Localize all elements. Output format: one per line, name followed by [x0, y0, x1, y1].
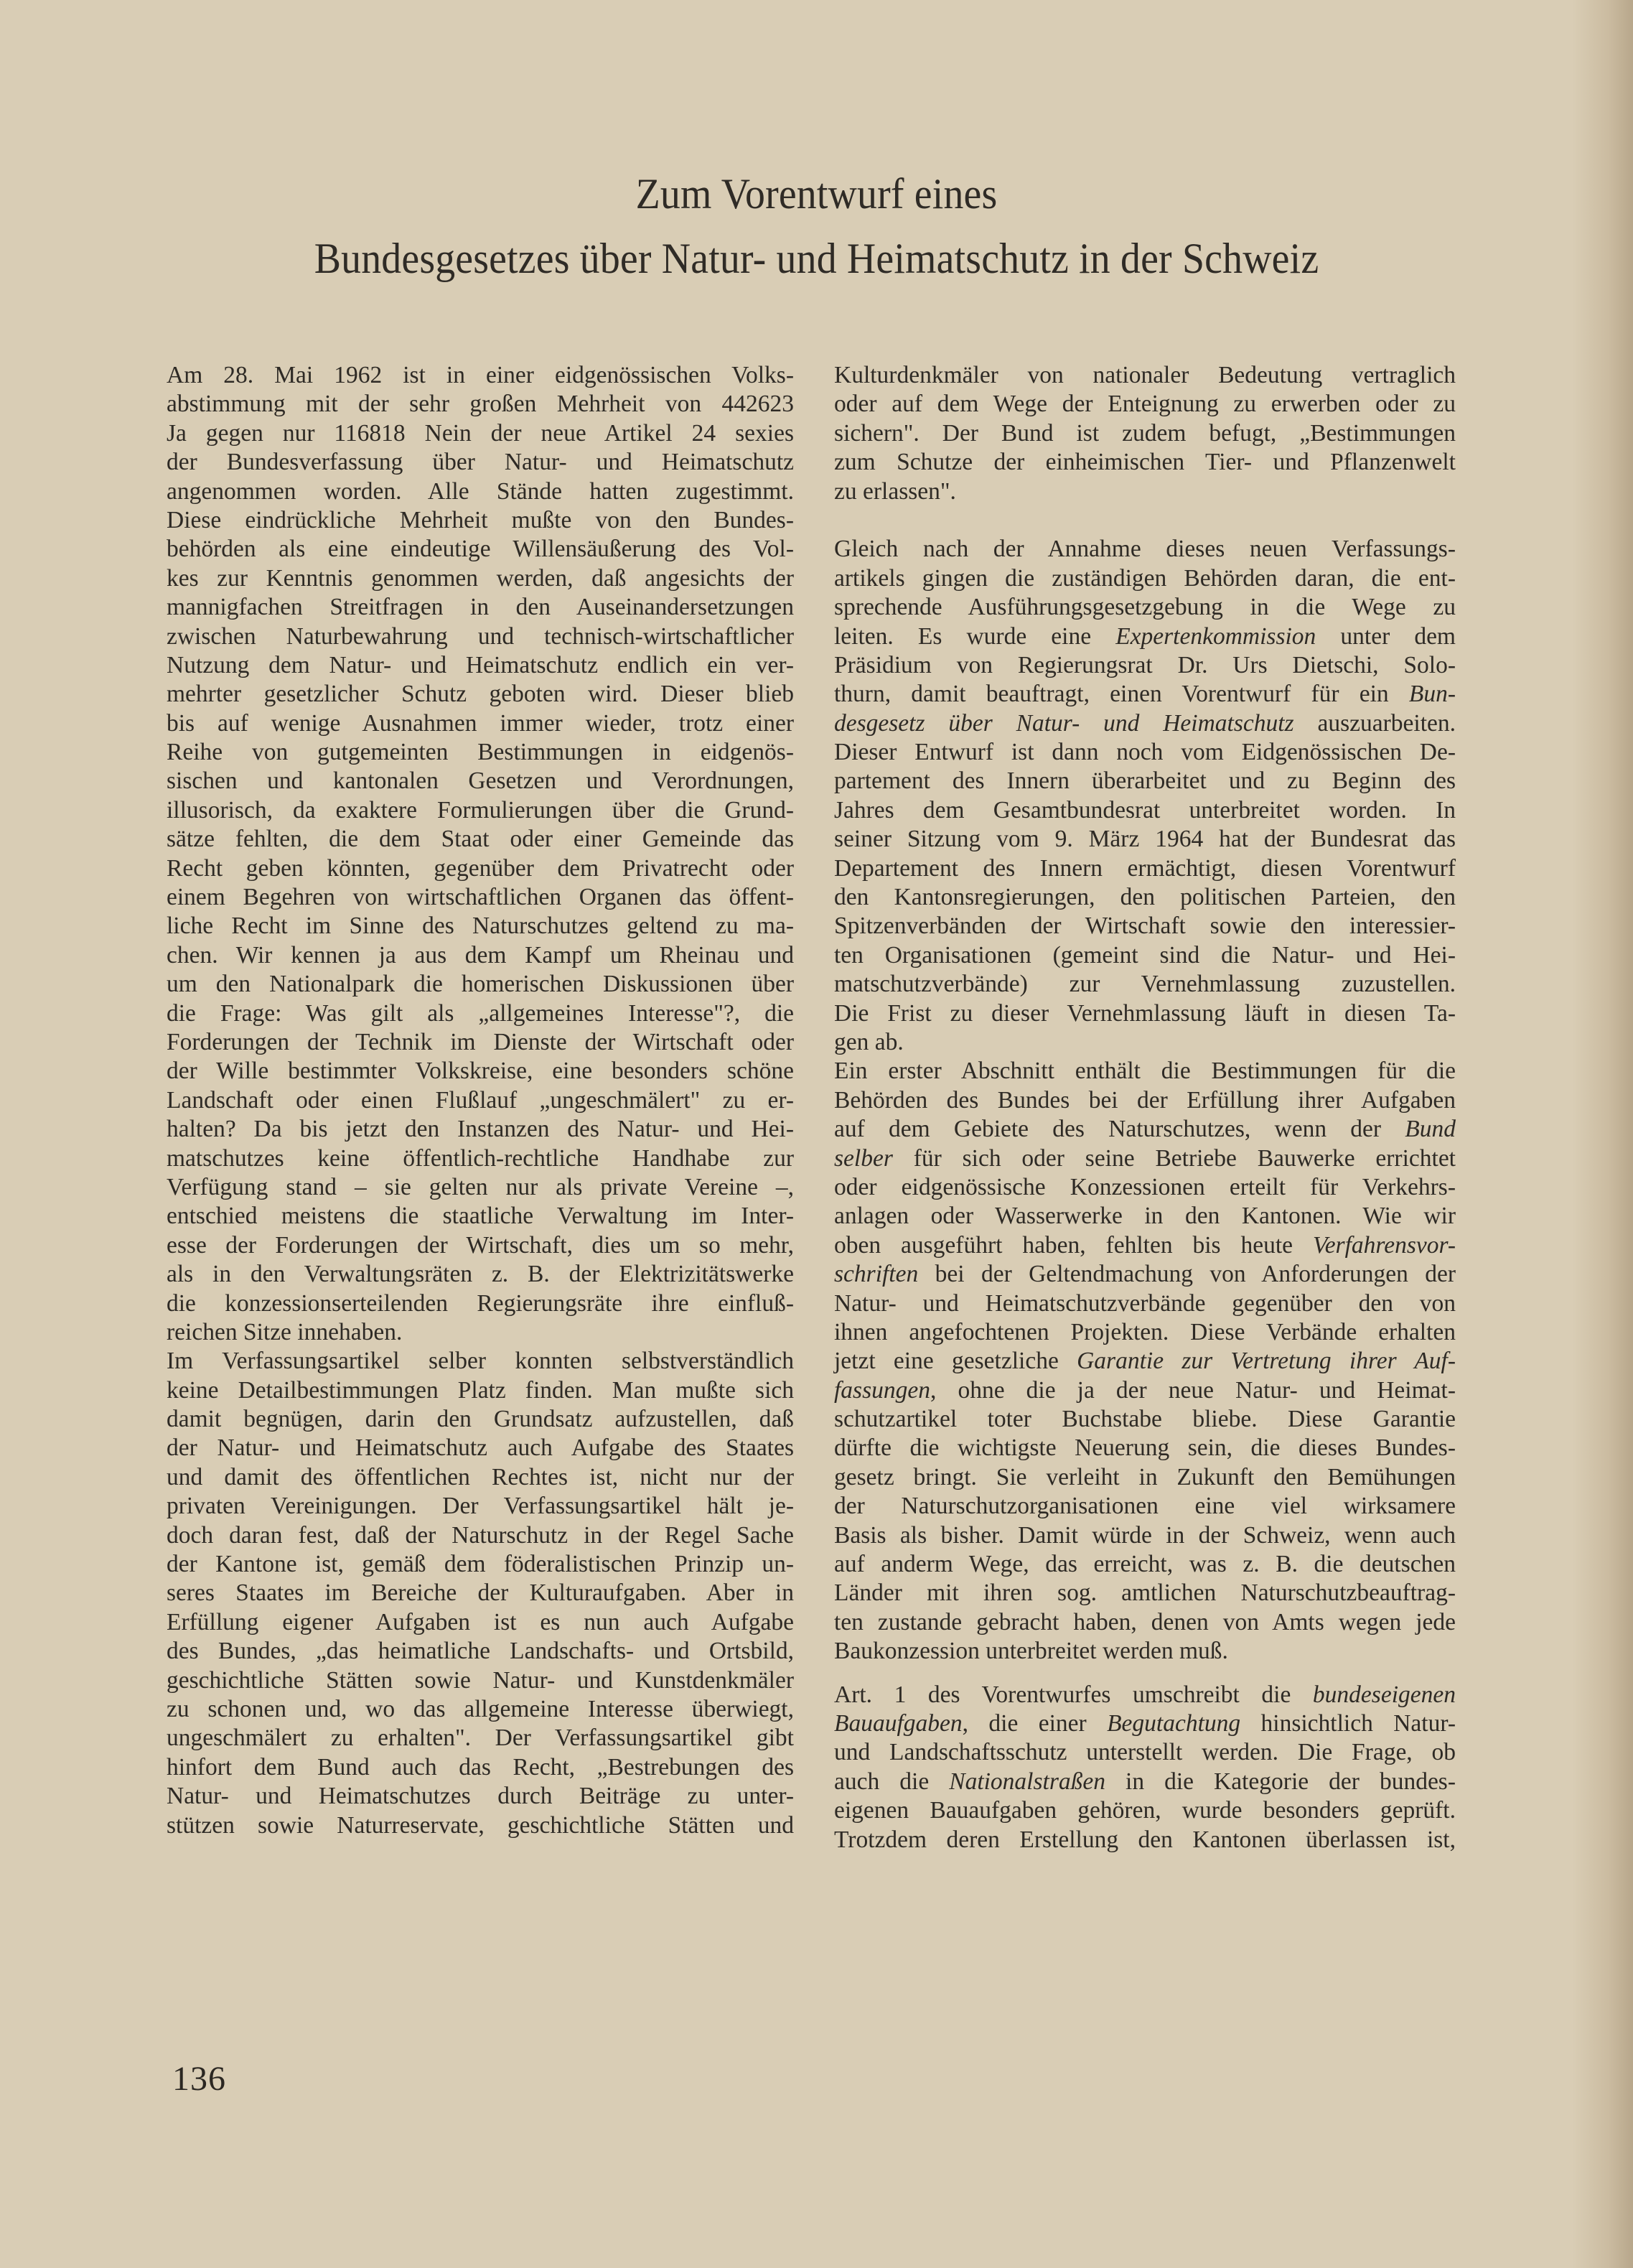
- text-line: selber für sich oder seine Betriebe Bauw…: [834, 1144, 1456, 1173]
- text-line: schutzartikel toter Buchstabe bliebe. Di…: [834, 1405, 1456, 1434]
- text-line: zwischen Naturbewahrung und technisch-wi…: [167, 622, 794, 651]
- text-line: keine Detailbestimmungen Platz finden. M…: [167, 1376, 794, 1405]
- text-line: der Kantone ist, gemäß dem föderalistisc…: [167, 1550, 794, 1579]
- text-line: Baukonzession unterbreitet werden muß.: [834, 1637, 1456, 1666]
- text-line: kes zur Kenntnis genommen werden, daß an…: [167, 564, 794, 593]
- text-line: gen ab.: [834, 1028, 1456, 1057]
- text-line: sischen und kantonalen Gesetzen und Vero…: [167, 767, 794, 795]
- text-line: schriften bei der Geltendmachung von Anf…: [834, 1260, 1456, 1289]
- text-line: einem Begehren von wirtschaftlichen Orga…: [167, 883, 794, 912]
- text-line: sprechende Ausführungsgesetzgebung in di…: [834, 593, 1456, 622]
- text-line: Verfügung stand – sie gelten nur als pri…: [167, 1173, 794, 1202]
- text-line: Gleich nach der Annahme dieses neuen Ver…: [834, 535, 1456, 564]
- left-column: Am 28. Mai 1962 ist in einer eidgenössis…: [167, 361, 794, 1840]
- emphasized-text: Bun-: [1409, 681, 1456, 707]
- text-line: damit begnügen, darin den Grundsatz aufz…: [167, 1405, 794, 1434]
- text-line: leiten. Es wurde eine Expertenkommission…: [834, 622, 1456, 651]
- text-line: Ein erster Abschnitt enthält die Bestimm…: [834, 1057, 1456, 1086]
- emphasized-text: Verfahrensvor-: [1313, 1232, 1456, 1259]
- text-line: fassungen, ohne die ja der neue Natur- u…: [834, 1376, 1456, 1405]
- text-line: jetzt eine gesetzliche Garantie zur Vert…: [834, 1347, 1456, 1376]
- text-line: ten Organisationen (gemeint sind die Nat…: [834, 941, 1456, 970]
- text-line: geschichtliche Stätten sowie Natur- und …: [167, 1666, 794, 1695]
- text-line: illusorisch, da exaktere Formulierungen …: [167, 796, 794, 825]
- text-line: Natur- und Heimatschutzverbände gegenübe…: [834, 1289, 1456, 1318]
- text-line: und damit des öffentlichen Rechtes ist, …: [167, 1463, 794, 1492]
- text-line: ungeschmälert zu erhalten". Der Verfassu…: [167, 1724, 794, 1753]
- text-line: Natur- und Heimatschutzes durch Beiträge…: [167, 1782, 794, 1811]
- emphasized-text: bundeseigenen: [1313, 1681, 1456, 1708]
- text-line: eigenen Bauaufgaben gehören, wurde beson…: [834, 1796, 1456, 1825]
- text-line: reichen Sitze innehaben.: [167, 1318, 794, 1347]
- emphasized-text: Begutachtung: [1107, 1710, 1240, 1737]
- text-line: dürfte die wichtigste Neuerung sein, die…: [834, 1434, 1456, 1462]
- text-line: privaten Vereinigungen. Der Verfassungsa…: [167, 1492, 794, 1521]
- text-line: hinfort dem Bund auch das Recht, „Bestre…: [167, 1753, 794, 1782]
- text-line: die konzessionserteilenden Regierungsrät…: [167, 1289, 794, 1318]
- paragraph-gap: [834, 1666, 1456, 1681]
- text-line: den Kantonsregierungen, den politischen …: [834, 883, 1456, 912]
- text-line: behörden als eine eindeutige Willensäuße…: [167, 535, 794, 564]
- text-line: auf dem Gebiete des Naturschutzes, wenn …: [834, 1115, 1456, 1144]
- text-line: Art. 1 des Vorentwurfes umschreibt die b…: [834, 1681, 1456, 1709]
- right-column: Kulturdenkmäler von nationaler Bedeutung…: [834, 361, 1456, 1854]
- text-line: auch die Nationalstraßen in die Kategori…: [834, 1768, 1456, 1796]
- text-line: thurn, damit beauftragt, einen Vorentwur…: [834, 680, 1456, 709]
- text-line: der Natur- und Heimatschutz auch Aufgabe…: [167, 1434, 794, 1462]
- text-line: ten zustande gebracht haben, denen von A…: [834, 1608, 1456, 1637]
- text-line: und Landschaftsschutz unterstellt werden…: [834, 1738, 1456, 1767]
- text-line: als in den Verwaltungsräten z. B. der El…: [167, 1260, 794, 1289]
- text-line: Recht geben könnten, gegenüber dem Priva…: [167, 854, 794, 883]
- emphasized-text: Nationalstraßen: [949, 1768, 1105, 1795]
- text-line: oder auf dem Wege der Enteignung zu erwe…: [834, 390, 1456, 419]
- text-line: stützen sowie Naturreservate, geschichtl…: [167, 1811, 794, 1840]
- text-line: Behörden des Bundes bei der Erfüllung ih…: [834, 1086, 1456, 1115]
- text-line: abstimmung mit der sehr großen Mehrheit …: [167, 390, 794, 419]
- text-line: auf anderm Wege, das erreicht, was z. B.…: [834, 1550, 1456, 1579]
- text-line: Kulturdenkmäler von nationaler Bedeutung…: [834, 361, 1456, 390]
- emphasized-text: Garantie zur Vertretung ihrer Auf-: [1077, 1348, 1456, 1374]
- page-number: 136: [172, 2059, 226, 2099]
- text-line: matschutzes keine öffentlich-rechtliche …: [167, 1144, 794, 1173]
- text-line: anlagen oder Wasserwerke in den Kantonen…: [834, 1202, 1456, 1231]
- text-line: Ja gegen nur 116818 Nein der neue Artike…: [167, 419, 794, 448]
- text-line: der Wille bestimmter Volkskreise, eine b…: [167, 1057, 794, 1086]
- text-line: der Naturschutzorganisationen eine viel …: [834, 1492, 1456, 1521]
- text-line: Jahres dem Gesamtbundesrat unterbreitet …: [834, 796, 1456, 825]
- text-line: Diese eindrückliche Mehrheit mußte von d…: [167, 506, 794, 535]
- text-line: seres Staates im Bereiche der Kulturaufg…: [167, 1579, 794, 1607]
- text-line: zu erlassen".: [834, 477, 1456, 506]
- text-line: Reihe von gutgemeinten Bestimmungen in e…: [167, 738, 794, 767]
- text-line: ihnen angefochtenen Projekten. Diese Ver…: [834, 1318, 1456, 1347]
- text-line: sichern". Der Bund ist zudem befugt, „Be…: [834, 419, 1456, 448]
- paragraph-gap: [834, 506, 1456, 535]
- text-line: doch daran fest, daß der Naturschutz in …: [167, 1521, 794, 1550]
- text-line: desgesetz über Natur- und Heimatschutz a…: [834, 709, 1456, 738]
- text-line: angenommen worden. Alle Stände hatten zu…: [167, 477, 794, 506]
- text-line: Dieser Entwurf ist dann noch vom Eidgenö…: [834, 738, 1456, 767]
- article-title: Zum Vorentwurf eines Bundesgesetzes über…: [0, 162, 1633, 291]
- text-line: bis auf wenige Ausnahmen immer wieder, t…: [167, 709, 794, 738]
- emphasized-text: selber: [834, 1145, 893, 1172]
- text-line: esse der Forderungen der Wirtschaft, die…: [167, 1231, 794, 1260]
- text-line: Trotzdem deren Erstellung den Kantonen ü…: [834, 1826, 1456, 1854]
- text-line: Basis als bisher. Damit würde in der Sch…: [834, 1521, 1456, 1550]
- emphasized-text: Bauaufgaben: [834, 1710, 963, 1737]
- text-line: Departement des Innern ermächtigt, diese…: [834, 854, 1456, 883]
- text-line: der Bundesverfassung über Natur- und Hei…: [167, 448, 794, 477]
- text-line: mehrter gesetzlicher Schutz geboten wird…: [167, 680, 794, 709]
- text-line: matschutzverbände) zur Vernehmlassung zu…: [834, 970, 1456, 999]
- text-line: zu schonen und, wo das allgemeine Intere…: [167, 1695, 794, 1724]
- text-line: chen. Wir kennen ja aus dem Kampf um Rhe…: [167, 941, 794, 970]
- text-line: Nutzung dem Natur- und Heimatschutz endl…: [167, 651, 794, 680]
- text-line: Im Verfassungsartikel selber konnten sel…: [167, 1347, 794, 1376]
- title-line-2: Bundesgesetzes über Natur- und Heimatsch…: [57, 226, 1576, 291]
- text-line: Die Frist zu dieser Vernehmlassung läuft…: [834, 999, 1456, 1028]
- text-line: sätze fehlten, die dem Staat oder einer …: [167, 825, 794, 854]
- text-line: Landschaft oder einen Flußlauf „ungeschm…: [167, 1086, 794, 1115]
- text-line: um den Nationalpark die homerischen Disk…: [167, 970, 794, 999]
- text-line: halten? Da bis jetzt den Instanzen des N…: [167, 1115, 794, 1144]
- text-line: liche Recht im Sinne des Naturschutzes g…: [167, 912, 794, 941]
- text-line: oder eidgenössische Konzessionen erteilt…: [834, 1173, 1456, 1202]
- emphasized-text: desgesetz über Natur- und Heimatschutz: [834, 710, 1294, 737]
- emphasized-text: fassungen: [834, 1377, 930, 1404]
- text-line: oben ausgeführt haben, fehlten bis heute…: [834, 1231, 1456, 1260]
- text-line: die Frage: Was gilt als „allgemeines Int…: [167, 999, 794, 1028]
- text-line: Forderungen der Technik im Dienste der W…: [167, 1028, 794, 1057]
- emphasized-text: Expertenkommission: [1115, 623, 1316, 650]
- text-line: partement des Innern überarbeitet und zu…: [834, 767, 1456, 795]
- text-line: Länder mit ihren sog. amtlichen Natursch…: [834, 1579, 1456, 1607]
- text-line: Am 28. Mai 1962 ist in einer eidgenössis…: [167, 361, 794, 390]
- text-line: des Bundes, „das heimatliche Landschafts…: [167, 1637, 794, 1666]
- emphasized-text: schriften: [834, 1261, 918, 1287]
- title-line-1: Zum Vorentwurf eines: [57, 162, 1576, 226]
- text-line: Bauaufgaben, die einer Begutachtung hins…: [834, 1709, 1456, 1738]
- text-line: artikels gingen die zuständigen Behörden…: [834, 564, 1456, 593]
- text-line: entschied meistens die staatliche Verwal…: [167, 1202, 794, 1231]
- text-line: Präsidium von Regierungsrat Dr. Urs Diet…: [834, 651, 1456, 680]
- text-line: Erfüllung eigener Aufgaben ist es nun au…: [167, 1608, 794, 1637]
- text-line: gesetz bringt. Sie verleiht in Zukunft d…: [834, 1463, 1456, 1492]
- text-line: seiner Sitzung vom 9. März 1964 hat der …: [834, 825, 1456, 854]
- emphasized-text: Bund: [1405, 1116, 1456, 1142]
- text-line: mannigfachen Streitfragen in den Auseina…: [167, 593, 794, 622]
- text-line: Spitzenverbänden der Wirtschaft sowie de…: [834, 912, 1456, 941]
- text-line: zum Schutze der einheimischen Tier- und …: [834, 448, 1456, 477]
